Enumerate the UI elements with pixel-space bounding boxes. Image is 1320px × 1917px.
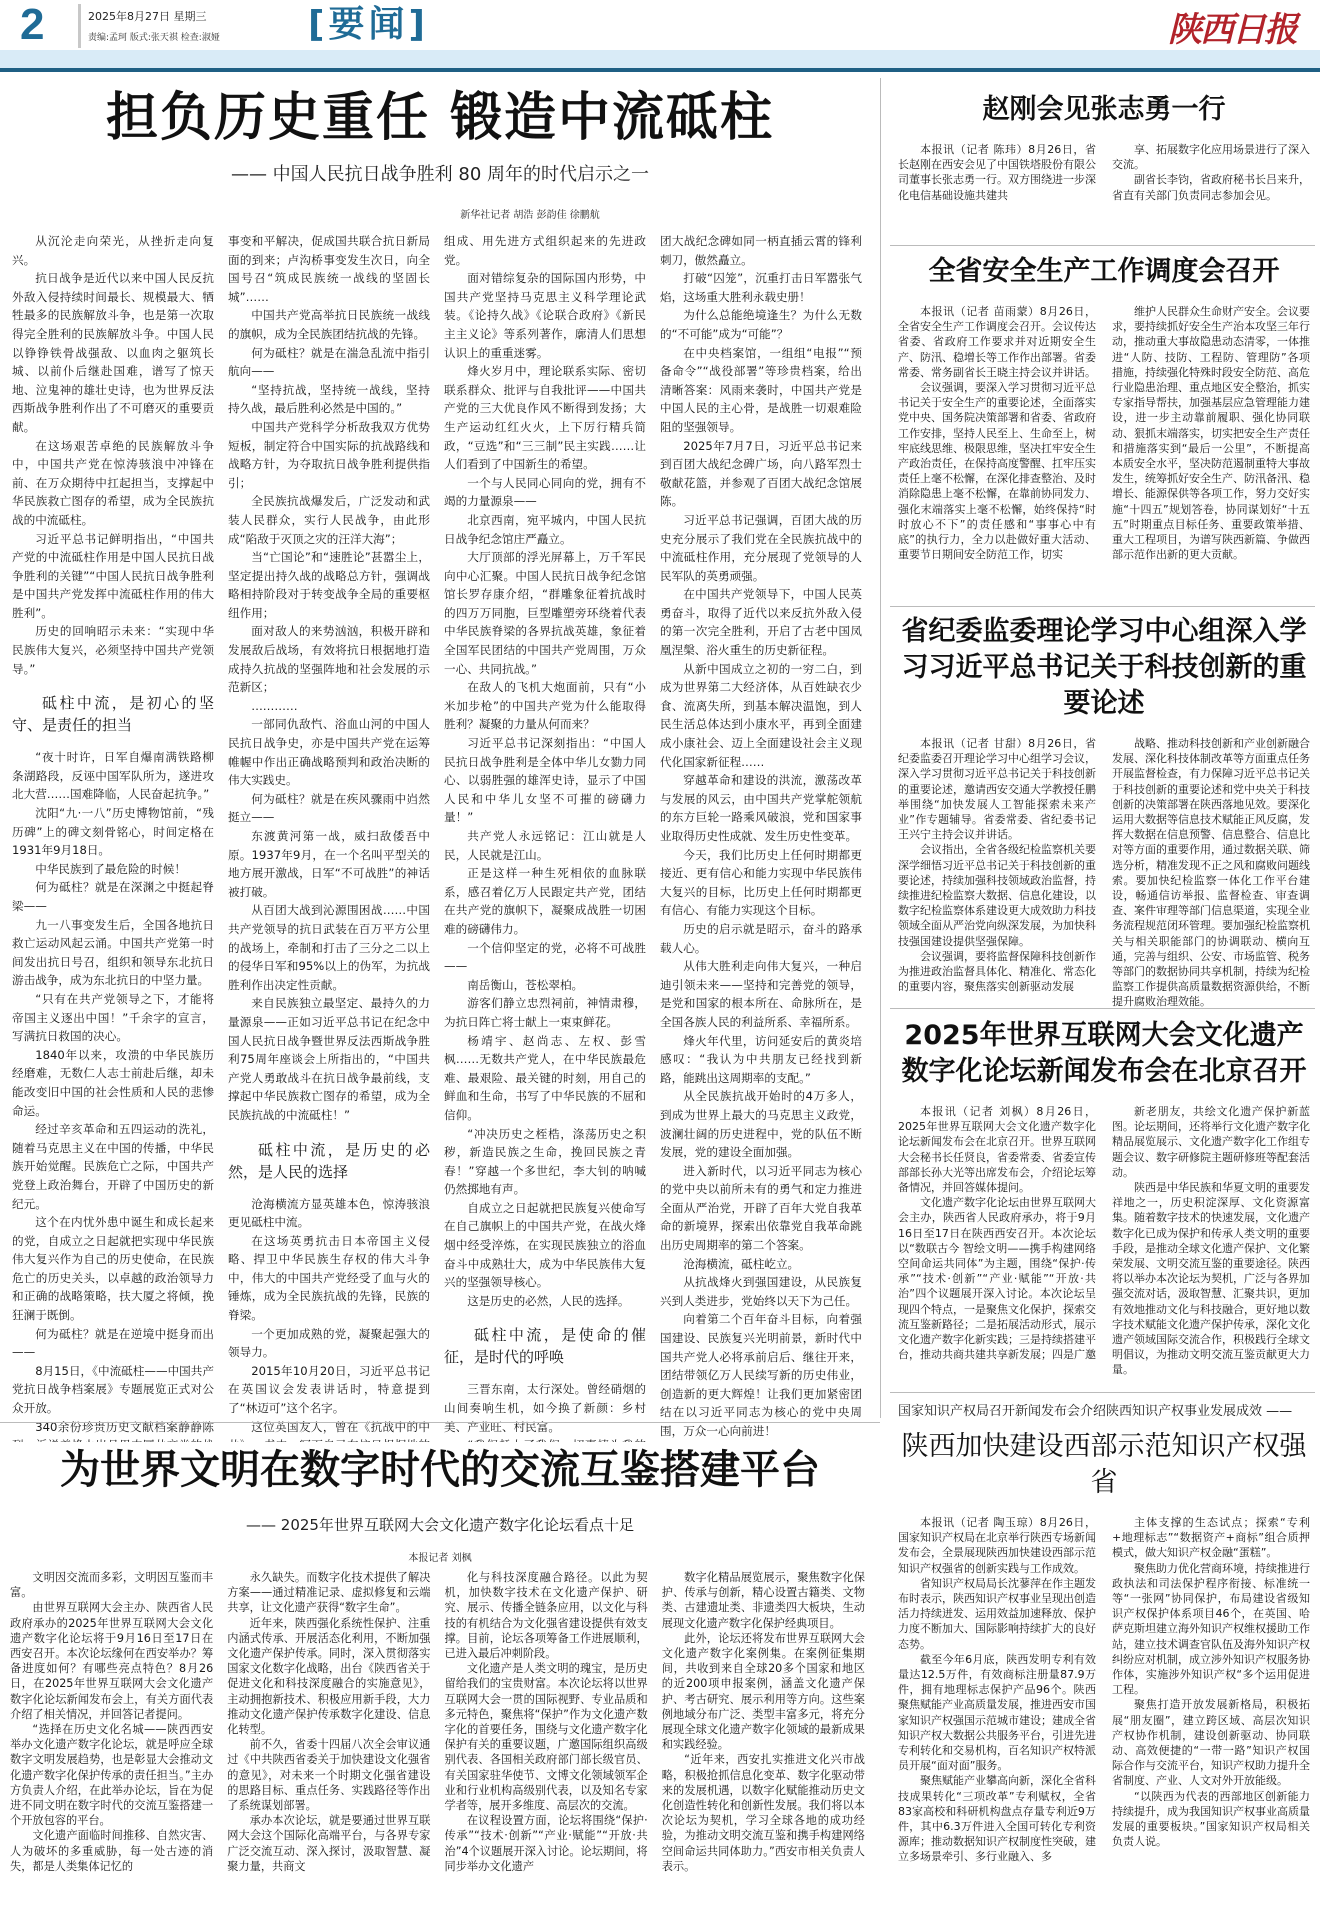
paragraph: 从抗战烽火到强国建设，从民族复兴到人类进步，党始终以天下为己任。: [660, 1273, 862, 1310]
article-headline: 陕西加快建设西部示范知识产权强省: [898, 1429, 1310, 1501]
paragraph: 何为砥柱？就是在深渊之中挺起脊梁——: [12, 878, 214, 915]
paragraph: 历史的启示就是昭示，奋斗的路承载人心。: [660, 920, 862, 957]
paragraph: 文化遗产面临时间推移、自然灾害、人为破坏的多重威胁，每一处古迹的消失，都是人类集…: [10, 1828, 213, 1874]
issue-date: 2025年8月27日 星期三: [88, 8, 207, 24]
feature-byline: 本报记者 刘枫: [10, 1549, 870, 1564]
paragraph: 抗日战争是近代以来中国人民反抗外敌入侵持续时间最长、规模最大、牺牲最多的民族解放…: [12, 269, 214, 436]
text-column: 事变和平解决，促成国共联合抗日新局面的到来；卢沟桥事变发生次日，向全国号召“筑成…: [228, 232, 430, 1442]
paragraph: 本报讯（记者 陈玮）8月26日，省长赵刚在西安会见了中国铁塔股份有限公司董事长张…: [898, 142, 1096, 203]
feature-subheadline: —— 2025年世界互联网大会文化遗产数字化论坛看点十足: [10, 1514, 870, 1535]
paragraph: 进入新时代，以习近平同志为核心的党中央以前所未有的勇气和定力推进全面从严治党，开…: [660, 1162, 862, 1255]
article-discipline-study: 省纪委监委理论学习中心组深入学习习近平总书记关于科技创新的重要论述 本报讯（记者…: [898, 614, 1310, 1010]
paragraph: 在这场英勇抗击日本帝国主义侵略、捍卫中华民族生存权的伟大斗争中，伟大的中国共产党…: [228, 1232, 430, 1325]
paragraph: 何为砥柱？就是在逆境中挺身而出——: [12, 1325, 214, 1362]
paragraph: 何为砥柱？就是在湍急乱流中指引航向——: [228, 344, 430, 381]
text-column: 主体支撑的生态试点；探索“专利+地理标志”“数据资产+商标”组合质押模式，做大知…: [1112, 1515, 1310, 1865]
text-column: 本报讯（记者 甘甜）8月26日，省纪委监委召开理论学习中心组学习会议，深入学习贯…: [898, 736, 1096, 1010]
paragraph: “近年来，西安扎实推进文化兴市战略，积极抢抓信息化变革、数字化驱动带来的发展机遇…: [662, 1752, 865, 1874]
paragraph: 沧海横流，砥柱屹立。: [660, 1255, 862, 1274]
article-headline: 赵刚会见张志勇一行: [898, 92, 1310, 128]
paragraph: 聚焦打造开放发展新格局，积极拓展“朋友圈”，建立跨区域、高层次知识产权协作机制，…: [1112, 1697, 1310, 1788]
paragraph: 穿越革命和建设的洪流，激荡改革与发展的风云，由中国共产党掌舵领航的东方巨轮一路乘…: [660, 771, 862, 845]
paragraph: 烽火岁月中，理论联系实际、密切联系群众、批评与自我批评——中国共产党的三大优良作…: [444, 362, 646, 474]
paragraph: 为什么总能绝境逢生？为什么无数的“不可能”成为“可能”？: [660, 306, 862, 343]
text-column: 本报讯（记者 苗雨蒙）8月26日，全省安全生产工作调度会召开。会议传达省委、省政…: [898, 304, 1096, 562]
article-body: 本报讯（记者 苗雨蒙）8月26日，全省安全生产工作调度会召开。会议传达省委、省政…: [898, 304, 1310, 562]
article-zhao-gang-meeting: 赵刚会见张志勇一行 本报讯（记者 陈玮）8月26日，省长赵刚在西安会见了中国铁塔…: [898, 92, 1310, 203]
paragraph: 共产党人永远铭记：江山就是人民，人民就是江山。: [444, 827, 646, 864]
paragraph: 数字化精品展览展示，聚焦数字化保护、传承与创新，精心设置古籍类、文物类、古建遗址…: [662, 1570, 865, 1631]
paragraph: 从伟大胜利走向伟大复兴，一种启迪引领未来——坚持和完善党的领导，是党和国家的根本…: [660, 957, 862, 1031]
paragraph: 2015年10月20日，习近平总书记在英国议会发表讲话时，特意提到了“林迈可”这…: [228, 1362, 430, 1418]
text-column: 本报讯（记者 陶玉琼）8月26日，国家知识产权局在北京举行陕西专场新闻发布会，全…: [898, 1515, 1096, 1865]
paragraph: “坚持抗战，坚持统一战线，坚持持久战，最后胜利必然是中国的。”: [228, 381, 430, 418]
paragraph: 文化遗产是人类文明的瑰宝，是历史留给我们的宝贵财富。本次论坛将以世界互联网大会一…: [445, 1661, 648, 1813]
paragraph: 本报讯（记者 刘枫）8月26日，2025年世界互联网大会文化遗产数字化论坛新闻发…: [898, 1104, 1096, 1195]
paragraph: 在中国共产党领导下，中国人民英勇奋斗，取得了近代以来反抗外敌入侵的第一次完全胜利…: [660, 585, 862, 659]
paragraph: 大厅顶部的浮光屏幕上，万千军民向中心汇聚。中国人民抗日战争纪念馆馆长罗存康介绍，…: [444, 548, 646, 678]
editor-credits: 责编:孟珂 版式:张天祺 检查:淑娅: [88, 30, 220, 43]
paragraph: 从新中国成立之初的一穷二白，到成为世界第二大经济体，从百姓缺衣少食、流离失所，到…: [660, 660, 862, 772]
paragraph: 沧海横流方显英雄本色，惊涛骇浪更见砥柱中流。: [228, 1195, 430, 1232]
paragraph: 中国共产党科学分析敌我双方优势短板，制定符合中国实际的抗战路线和战略方针，为夺取…: [228, 418, 430, 492]
article-headline: 省纪委监委理论学习中心组深入学习习近平总书记关于科技创新的重要论述: [898, 614, 1310, 722]
main-article-body: 从沉沦走向荣光，从挫折走向复兴。抗日战争是近代以来中国人民反抗外敌入侵持续时间最…: [12, 232, 862, 1442]
paragraph: 文化遗产数字化论坛由世界互联网大会主办，陕西省人民政府承办，将于9月16日至17…: [898, 1195, 1096, 1362]
paragraph: 习近平总书记深刻指出：“中国人民抗日战争胜利是全体中华儿女勠力同心、以弱胜强的雄…: [444, 734, 646, 827]
paragraph: 维护人民群众生命财产安全。会议要求，要持续抓好安全生产治本攻坚三年行动，推动重大…: [1112, 304, 1310, 562]
paragraph: 由世界互联网大会主办、陕西省人民政府承办的2025年世界互联网大会文化遗产数字化…: [10, 1600, 213, 1722]
paragraph: 2025年7月7日，习近平总书记来到百团大战纪念碑广场，向八路军烈士敬献花篮，并…: [660, 437, 862, 511]
text-column: 本报讯（记者 陈玮）8月26日，省长赵刚在西安会见了中国铁塔股份有限公司董事长张…: [898, 142, 1096, 203]
masthead-divider: [78, 4, 81, 48]
paragraph: 杨靖宇、赵尚志、左权、彭雪枫……无数共产党人，在中华民族最危难、最艰险、最关键的…: [444, 1032, 646, 1125]
paragraph: 全民族抗战爆发后，广泛发动和武装人民群众，实行人民战争，由此形成“陷敌于灭顶之灾…: [228, 492, 430, 548]
article-divider: [890, 606, 1315, 607]
paragraph: 游客们静立忠烈祠前，神情肃穆，为抗日阵亡将士献上一束束鲜花。: [444, 994, 646, 1031]
paragraph: 一个与人民同心同向的党，拥有不竭的力量源泉——: [444, 474, 646, 511]
paragraph: 聚焦助力优化营商环境，持续推进行政执法和司法保护程序衔接、标准统一等“一张网”协…: [1112, 1561, 1310, 1698]
article-body: 本报讯（记者 陈玮）8月26日，省长赵刚在西安会见了中国铁塔股份有限公司董事长张…: [898, 142, 1310, 203]
paragraph: 南岳衡山，苍松翠柏。: [444, 976, 646, 995]
paragraph: 这是历史的必然，人民的选择。: [444, 1292, 646, 1311]
paragraph: 在这场艰苦卓绝的民族解放斗争中，中国共产党在惊涛骇浪中冲锋在前、在万众期待中扛起…: [12, 437, 214, 530]
paragraph: 会议强调，要深入学习贯彻习近平总书记关于安全生产的重要论述，全面落实党中央、国务…: [898, 380, 1096, 562]
paragraph: 陕西是中华民族和华夏文明的重要发祥地之一，历史积淀深厚、文化资源富集。随着数字技…: [1112, 1180, 1310, 1378]
paragraph: 新老朋友，共绘文化遗产保护新蓝图。论坛期间，还将举行文化遗产数字化精品展览展示、…: [1112, 1104, 1310, 1180]
main-subheadline: —— 中国人民抗日战争胜利 80 周年的时代启示之一: [20, 160, 860, 186]
paragraph: 会议指出，全省各级纪检监察机关要深学细悟习近平总书记关于科技创新的重要论述，持续…: [898, 842, 1096, 948]
paragraph: 北京西南，宛平城内，中国人民抗日战争纪念馆庄严矗立。: [444, 511, 646, 548]
text-column: 享、拓展数字化应用场景进行了深入交流。副省长李钧，省政府秘书长吕来升，省直有关部…: [1112, 142, 1310, 203]
paragraph: 面对敌人的来势汹汹，积极开辟和发展敌后战场，有效将抗日根据地打造成持久抗战的坚强…: [228, 622, 430, 696]
text-column: 化与科技深度融合路径。以此为契机，加快数字技术在文化遗产保护、研究、展示、传播全…: [445, 1570, 648, 1917]
paragraph: 习近平总书记鲜明指出，“中国共产党的中流砥柱作用是中国人民抗日战争胜利的关键”“…: [12, 530, 214, 623]
paragraph: 前不久，省委十四届八次全会审议通过《中共陕西省委关于加快建设文化强省的意见》，对…: [227, 1737, 430, 1813]
paragraph: 主体支撑的生态试点；探索“专利+地理标志”“数据资产+商标”组合质押模式，做大知…: [1112, 1515, 1310, 1561]
paragraph: 面对错综复杂的国际国内形势，中国共产党坚持马克思主义科学理论武装。《论持久战》《…: [444, 269, 646, 362]
paragraph: 一个更加成熟的党，凝聚起强大的领导力。: [228, 1325, 430, 1362]
section-subhead: 砥柱中流，是使命的催征，是时代的呼唤: [444, 1324, 646, 1368]
article-body: 本报讯（记者 甘甜）8月26日，省纪委监委召开理论学习中心组学习会议，深入学习贯…: [898, 736, 1310, 1010]
paragraph: 本报讯（记者 甘甜）8月26日，省纪委监委召开理论学习中心组学习会议，深入学习贯…: [898, 736, 1096, 842]
paragraph: 战略、推动科技创新和产业创新融合发展、深化科技体制改革等方面重点任务开展监督检查…: [1112, 736, 1310, 1010]
masthead-rule: [0, 68, 1320, 72]
paragraph: 化与科技深度融合路径。以此为契机，加快数字技术在文化遗产保护、研究、展示、传播全…: [445, 1570, 648, 1661]
paragraph: 近年来，陕西强化系统性保护、注重内涵式传承、开展活态化利用，不断加强文化遗产保护…: [227, 1616, 430, 1738]
section-label: [要闻]: [308, 2, 429, 48]
paragraph: 在中央档案馆，一组组“电报”“预备命令”“战役部署”等珍贵档案，给出清晰答案：风…: [660, 344, 862, 437]
feature-headline: 为世界文明在数字时代的交流互鉴搭建平台: [10, 1440, 870, 1500]
paragraph: 一个信仰坚定的党，必将不可战胜——: [444, 939, 646, 976]
paragraph: 一部同仇敌忾、浴血山河的中国人民抗日战争史，亦是中国共产党在运筹帷幄中作出正确战…: [228, 715, 430, 789]
paragraph: 省知识产权局局长沈蓼萍在作主题发布时表示，陕西知识产权事业呈现出创造活力持续迸发…: [898, 1576, 1096, 1652]
paragraph: 当“亡国论”和“速胜论”甚嚣尘上，坚定提出持久战的战略总方针，强调战略相持阶段对…: [228, 548, 430, 622]
paragraph: 本报讯（记者 苗雨蒙）8月26日，全省安全生产工作调度会召开。会议传达省委、省政…: [898, 304, 1096, 380]
paragraph: “选择在历史文化名城——陕西西安举办文化遗产数字化论坛，就是呼应全球数字文明发展…: [10, 1722, 213, 1828]
paragraph: 这个在内忧外患中诞生和成长起来的党，自成立之日起就把实现中华民族伟大复兴作为自己…: [12, 1213, 214, 1325]
page-number: 2: [20, 2, 44, 48]
article-divider: [890, 1008, 1315, 1009]
paragraph: 聚焦赋能产业攀高向新，深化全省科技成果转化“三项改革”专利赋权，全省83家高校和…: [898, 1773, 1096, 1864]
paragraph: 习近平总书记强调，百团大战的历史充分展示了我们党在全民族抗战中的中流砥柱作用，充…: [660, 511, 862, 585]
paragraph: 从百团大战到沁源围困战……中国共产党领导的抗日武装在百万平方公里的战场上，牵制和…: [228, 901, 430, 994]
paragraph: 副省长李钧，省政府秘书长吕来升，省直有关部门负责同志参加会见。: [1112, 172, 1310, 202]
paragraph: 事变和平解决，促成国共联合抗日新局面的到来；卢沟桥事变发生次日，向全国号召“筑成…: [228, 232, 430, 306]
article-divider: [890, 1392, 1315, 1393]
paragraph: 经过辛亥革命和五四运动的洗礼，随着马克思主义在中国的传播，中华民族开始觉醒。民族…: [12, 1120, 214, 1213]
paragraph: 今天，我们比历史上任何时期都更接近、更有信心和能力实现中华民族伟大复兴的目标，比…: [660, 846, 862, 920]
paragraph: 正是这样一种生死相依的血脉联系，感召着亿万人民跟定共产党，团结在共产党的旗帜下，…: [444, 864, 646, 938]
masthead-band: [0, 50, 1320, 68]
paragraph: …………: [228, 697, 430, 716]
article-safety-meeting: 全省安全生产工作调度会召开 本报讯（记者 苗雨蒙）8月26日，全省安全生产工作调…: [898, 254, 1310, 562]
paragraph: “夜十时许，日军自爆南满铁路柳条湖路段，反诬中国军队所为，遂进攻北大营……国难降…: [12, 748, 214, 804]
text-column: 维护人民群众生命财产安全。会议要求，要持续抓好安全生产治本攻坚三年行动，推动重大…: [1112, 304, 1310, 562]
paragraph: 享、拓展数字化应用场景进行了深入交流。: [1112, 142, 1310, 172]
section-subhead: 砥柱中流，是初心的坚守、是责任的担当: [12, 692, 214, 736]
feature-article-body: 文明因交流而多彩，文明因互鉴而丰富。由世界互联网大会主办、陕西省人民政府承办的2…: [10, 1570, 865, 1917]
masthead: 2 2025年8月27日 星期三 责编:孟珂 版式:张天祺 检查:淑娅 [要闻]…: [0, 0, 1320, 50]
article-body: 本报讯（记者 陶玉琼）8月26日，国家知识产权局在北京举行陕西专场新闻发布会，全…: [898, 1515, 1310, 1865]
text-column: 数字化精品展览展示，聚焦数字化保护、传承与创新，精心设置古籍类、文物类、古建遗址…: [662, 1570, 865, 1917]
paragraph: 东渡黄河第一战，威扫敌倭吾中原。1937年9月，在一个名叫平型关的地方展开激战，…: [228, 827, 430, 901]
main-headline: 担负历史重任 锻造中流砥柱: [20, 78, 860, 158]
main-article-header: 担负历史重任 锻造中流砥柱 —— 中国人民抗日战争胜利 80 周年的时代启示之一…: [20, 78, 860, 221]
paragraph: 承办本次论坛，就是要通过世界互联网大会这个国际化高端平台，与各界专家广泛交流互动…: [227, 1813, 430, 1874]
article-body: 本报讯（记者 刘枫）8月26日，2025年世界互联网大会文化遗产数字化论坛新闻发…: [898, 1104, 1310, 1378]
paragraph: 沈阳“九·一八”历史博物馆前，“残历碑”上的碑文刻骨铭心，时间定格在1931年9…: [12, 804, 214, 860]
feature-article-header: 为世界文明在数字时代的交流互鉴搭建平台 —— 2025年世界互联网大会文化遗产数…: [10, 1440, 870, 1564]
paragraph: 本报讯（记者 陶玉琼）8月26日，国家知识产权局在北京举行陕西专场新闻发布会，全…: [898, 1515, 1096, 1576]
article-ip-province: 国家知识产权局召开新闻发布会介绍陕西知识产权事业发展成效 —— 陕西加快建设西部…: [898, 1400, 1310, 1865]
paragraph: 历史的回响昭示未来：“实现中华民族伟大复兴，必须坚持中国共产党领导。”: [12, 622, 214, 678]
text-column: 团大战纪念碑如同一柄直插云霄的锋利刺刀，傲然矗立。打破“囚笼”，沉重打击日军嚣张…: [660, 232, 862, 1442]
paragraph: 九一八事变发生后，全国各地抗日救亡运动风起云涌。中国共产党第一时间发出抗日号召，…: [12, 916, 214, 990]
newspaper-logo: 陕西日报: [1168, 2, 1296, 51]
paragraph: 文明因交流而多彩，文明因互鉴而丰富。: [10, 1570, 213, 1600]
paragraph: 自成立之日起就把民族复兴使命写在自己旗帜上的中国共产党，在战火烽烟中经受淬炼，在…: [444, 1199, 646, 1292]
paragraph: 来自民族独立最坚定、最持久的力量源泉——正如习近平总书记在纪念中国人民抗日战争暨…: [228, 994, 430, 1124]
paragraph: 从全民族抗战开始时的4万多人，到成为世界上最大的马克思主义政党，波澜壮阔的历史进…: [660, 1087, 862, 1161]
text-column: 组成、用先进方式组织起来的先进政党。面对错综复杂的国际国内形势，中国共产党坚持马…: [444, 232, 646, 1442]
text-column: 文明因交流而多彩，文明因互鉴而丰富。由世界互联网大会主办、陕西省人民政府承办的2…: [10, 1570, 213, 1917]
text-column: 永久缺失。而数字化技术提供了解决方案——通过精准记录、虚拟修复和云端共享，让文化…: [227, 1570, 430, 1917]
paragraph: 1840年以来，攻溃的中华民族历经磨难，无数仁人志士前赴后继，却未能改变旧中国的…: [12, 1046, 214, 1120]
paragraph: “以陕西为代表的西部地区创新能力持续提升，成为我国知识产权事业高质量发展的重要板…: [1112, 1789, 1310, 1850]
paragraph: 团大战纪念碑如同一柄直插云霄的锋利刺刀，傲然矗立。: [660, 232, 862, 269]
main-byline: 新华社记者 胡浩 彭韵佳 徐鹏航: [20, 206, 860, 221]
paragraph: “只有在共产党领导之下，才能将帝国主义逐出中国！”千余字的宣言，写满抗日救国的决…: [12, 990, 214, 1046]
paragraph: “冲决历史之桎梏，涤荡历史之积秽，新造民族之生命，挽回民族之青春！”穿越一个多世…: [444, 1125, 646, 1199]
paragraph: 三晋东南，太行深处。曾经硝烟的山间奏响生机，如今换了新颜：乡村美、产业旺、村民富…: [444, 1380, 646, 1436]
paragraph: 打破“囚笼”，沉重打击日军嚣张气焰，这场重大胜利永载史册！: [660, 269, 862, 306]
paragraph: 截至今年6月底，陕西发明专利有效量达12.5万件，有效商标注册量87.9万件，拥…: [898, 1652, 1096, 1774]
paragraph: 此外，论坛还将发布世界互联网大会文化遗产数字化案例集。在案例征集期间，共收到来自…: [662, 1631, 865, 1753]
text-column: 新老朋友，共绘文化遗产保护新蓝图。论坛期间，还将举行文化遗产数字化精品展览展示、…: [1112, 1104, 1310, 1378]
paragraph: 8月15日，《中流砥柱——中国共产党抗日战争档案展》专题展览正式对公众开放。: [12, 1362, 214, 1418]
text-column: 本报讯（记者 刘枫）8月26日，2025年世界互联网大会文化遗产数字化论坛新闻发…: [898, 1104, 1096, 1378]
paragraph: 在议程设置方面，论坛将围绕“保护·传承”“技术·创新”“产业·赋能”“开放·共治…: [445, 1813, 648, 1874]
text-column: 从沉沦走向荣光，从挫折走向复兴。抗日战争是近代以来中国人民反抗外敌入侵持续时间最…: [12, 232, 214, 1442]
section-subhead: 砥柱中流，是历史的必然，是人民的选择: [228, 1139, 430, 1183]
paragraph: 何为砥柱？就是在疾风骤雨中岿然挺立——: [228, 790, 430, 827]
paragraph: 在敌人的飞机大炮面前，只有“小米加步枪”的中国共产党为什么能取得胜利？凝聚的力量…: [444, 678, 646, 734]
article-headline: 全省安全生产工作调度会召开: [898, 254, 1310, 290]
text-column: 战略、推动科技创新和产业创新融合发展、深化科技体制改革等方面重点任务开展监督检查…: [1112, 736, 1310, 1010]
paragraph: 组成、用先进方式组织起来的先进政党。: [444, 232, 646, 269]
paragraph: 永久缺失。而数字化技术提供了解决方案——通过精准记录、虚拟修复和云端共享，让文化…: [227, 1570, 430, 1616]
article-headline: 2025年世界互联网大会文化遗产数字化论坛新闻发布会在北京召开: [898, 1018, 1310, 1090]
paragraph: 中华民族到了最危险的时候！: [12, 860, 214, 879]
article-divider: [890, 245, 1315, 246]
paragraph: 会议强调，要将监督保障科技创新作为推进政治监督具体化、精准化、常态化的重要内容，…: [898, 949, 1096, 995]
column-divider: [880, 78, 881, 1418]
article-heritage-forum-press: 2025年世界互联网大会文化遗产数字化论坛新闻发布会在北京召开 本报讯（记者 刘…: [898, 1018, 1310, 1378]
article-kicker: 国家知识产权局召开新闻发布会介绍陕西知识产权事业发展成效 ——: [898, 1400, 1310, 1419]
section-divider: [0, 1422, 880, 1423]
paragraph: 中国共产党高举抗日民族统一战线的旗帜，成为全民族团结抗战的先锋。: [228, 306, 430, 343]
paragraph: 从沉沦走向荣光，从挫折走向复兴。: [12, 232, 214, 269]
paragraph: 烽火年代里，访问延安后的黄炎培感叹：“我认为中共朋友已经找到新路，能跳出这周期率…: [660, 1032, 862, 1088]
